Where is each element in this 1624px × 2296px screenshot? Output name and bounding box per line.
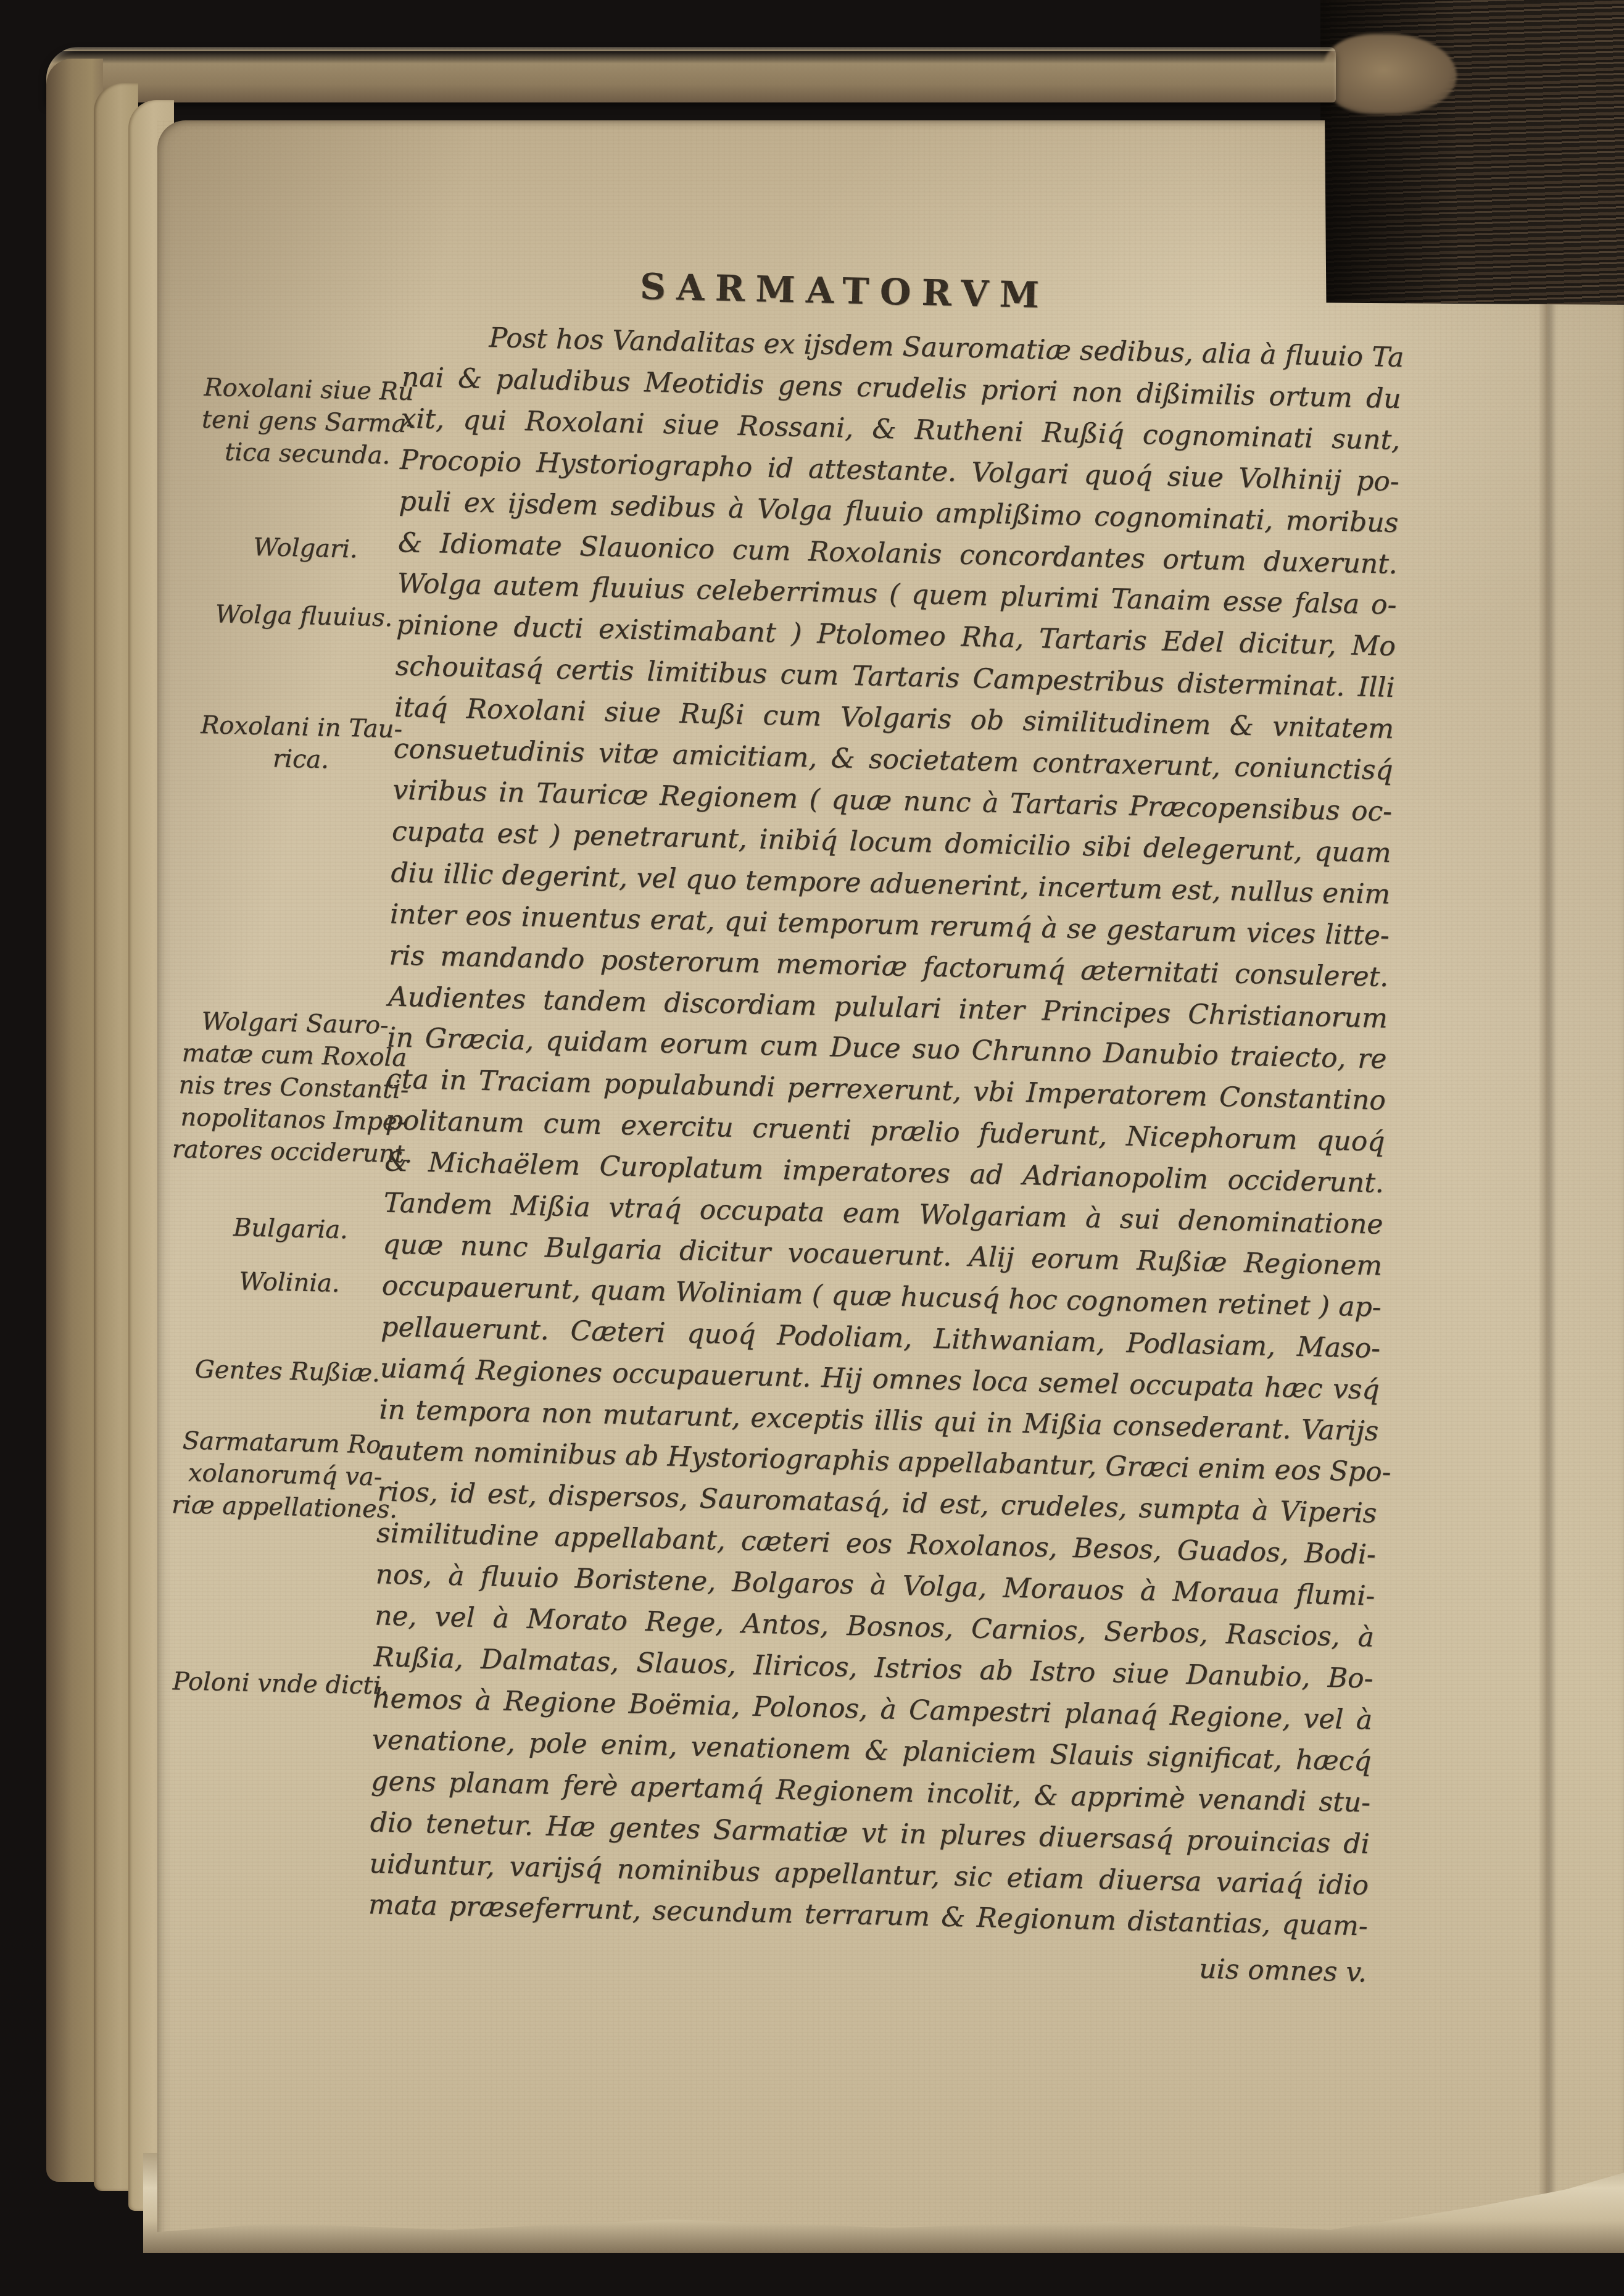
body-lines: Post hos Vandalitas ex ijsdem Sauromatiæ… [368,316,1402,1948]
scanned-book-photo: { "page": { "heading": "SARMATORVM", "ca… [0,0,1624,2296]
printed-text-layer: SARMATORVM Roxolani siue Ru teni gens Sa… [111,120,1623,2272]
page-heading: SARMATORVM [345,259,1345,323]
fore-edge-corner-bundle [1324,34,1457,114]
book-page: SARMATORVM Roxolani siue Ru teni gens Sa… [157,120,1624,2240]
body-text: Post hos Vandalitas ex ijsdem Sauromatiæ… [367,316,1402,1994]
vellum-cover-top-edge [46,47,1336,102]
